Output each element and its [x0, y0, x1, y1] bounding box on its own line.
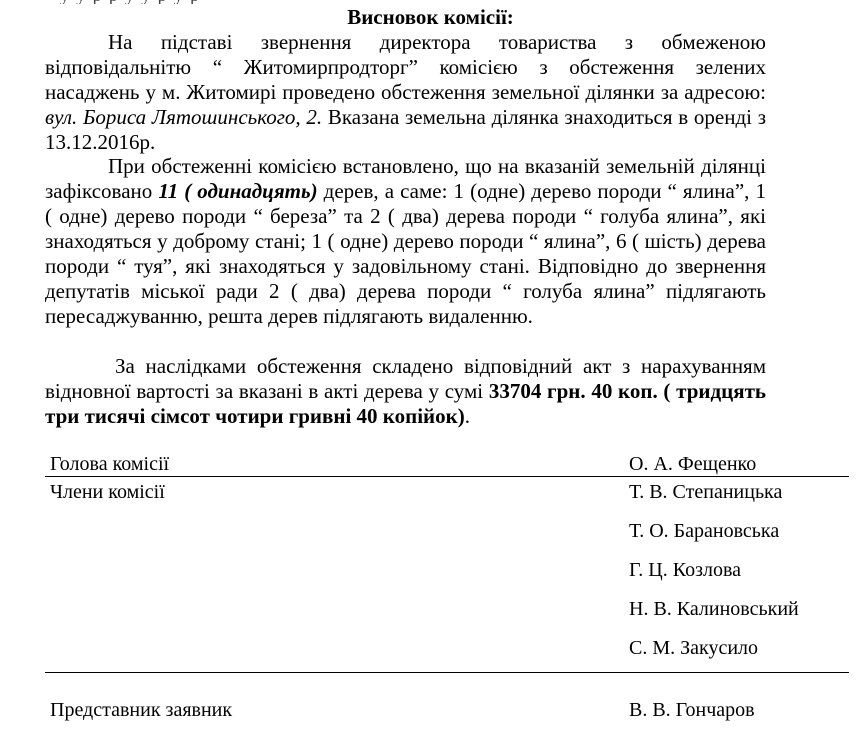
previous-line-cutoff: у у р р у у р у р [60, 0, 460, 4]
chair-name: О. А. Фещенко [629, 452, 756, 476]
signature-row-applicant: Представник заявник В. В. Гончаров [50, 698, 850, 722]
signature-row-member: Н. В. Калиновський [50, 597, 850, 621]
member-name: С. М. Закусило [629, 636, 758, 660]
tree-count: 11 ( одинадцять) [158, 179, 317, 203]
paragraph-compensation: За наслідками обстеження складено відпов… [45, 354, 766, 429]
paragraph-inspection-findings: При обстеженні комісією встановлено, що … [45, 154, 766, 329]
signature-row-member: Т. О. Барановська [50, 519, 850, 543]
signature-row-member: С. М. Закусило [50, 636, 850, 660]
address-italic: вул. Бориса Лятошинського, 2. [45, 105, 322, 129]
divider-line [45, 672, 849, 673]
signature-row-member: Г. Ц. Козлова [50, 558, 850, 582]
applicant-role: Представник заявник [50, 698, 232, 722]
member-name: Г. Ц. Козлова [629, 558, 741, 582]
chair-role: Голова комісії [50, 452, 169, 476]
signature-row-member: Члени комісії Т. В. Степаницька [50, 480, 850, 504]
paragraph1-text-a: На підставі звернення директора товарист… [45, 30, 766, 104]
applicant-name: В. В. Гончаров [629, 698, 755, 722]
member-name: Т. О. Барановська [629, 519, 779, 543]
divider-line [45, 476, 849, 477]
paragraph3-text-b: . [465, 404, 470, 428]
members-label: Члени комісії [50, 480, 165, 504]
member-name: Т. В. Степаницька [629, 480, 782, 504]
signature-row-chair: Голова комісії О. А. Фещенко [50, 452, 850, 476]
conclusion-title: Висновок комісії: [0, 5, 861, 29]
member-name: Н. В. Калиновський [629, 597, 799, 621]
paragraph-inspection-basis: На підставі звернення директора товарист… [45, 30, 766, 155]
